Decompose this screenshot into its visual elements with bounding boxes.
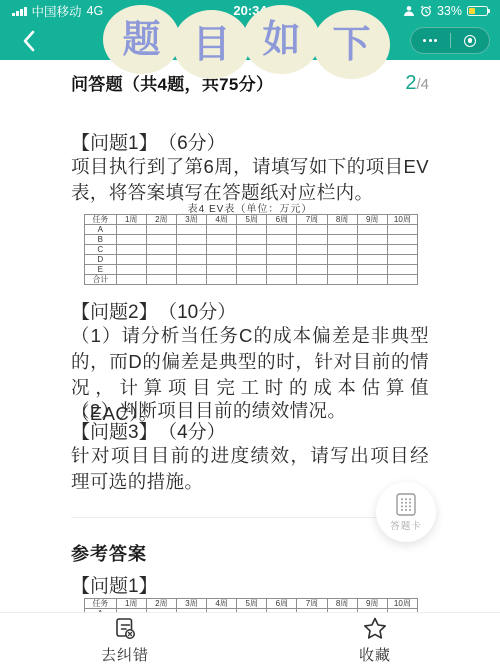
ev-table-cell xyxy=(267,275,297,285)
ev-table-cell xyxy=(357,235,387,245)
ev-table-row-label: C xyxy=(85,245,117,255)
ev-table-header-cell: 2周 xyxy=(146,599,176,609)
ev-table-cell xyxy=(297,275,327,285)
ev-table-cell xyxy=(207,235,237,245)
answer-table-container: 任务1周2周3周4周5周6周7周8周9周10周ABCDE合计 xyxy=(84,598,418,612)
ev-table-cell xyxy=(297,225,327,235)
report-error-label: 去纠错 xyxy=(101,644,149,665)
ev-table-cell xyxy=(176,265,206,275)
ev-table-cell xyxy=(267,265,297,275)
ev-table-caption: 表4 EV表（单位：万元） xyxy=(71,200,429,215)
ev-table-cell xyxy=(116,275,146,285)
ev-table-header-cell: 9周 xyxy=(357,215,387,225)
ev-table-row-label: E xyxy=(85,265,117,275)
ev-table-cell xyxy=(176,255,206,265)
ev-table-cell xyxy=(297,245,327,255)
ev-table-cell xyxy=(387,235,417,245)
app-header: 中国移动 4G 20:34 33% xyxy=(0,0,500,60)
ev-table-row-label: 合计 xyxy=(85,275,117,285)
network-type-label: 4G xyxy=(87,4,104,18)
ev-table-cell xyxy=(146,245,176,255)
ev-table-header-cell: 1周 xyxy=(116,215,146,225)
ev-table-cell xyxy=(297,255,327,265)
ev-table-row: D xyxy=(85,255,418,265)
ev-table-header-cell: 6周 xyxy=(267,215,297,225)
answer-card-button[interactable]: 答题卡 xyxy=(376,482,436,542)
ev-table-header-cell: 8周 xyxy=(327,599,357,609)
ev-table-cell xyxy=(207,245,237,255)
ev-table-header-cell: 7周 xyxy=(297,599,327,609)
ev-table-cell xyxy=(357,265,387,275)
ev-table-cell xyxy=(387,255,417,265)
exit-button[interactable] xyxy=(451,28,490,53)
ev-table-cell xyxy=(146,265,176,275)
ev-table-cell xyxy=(327,255,357,265)
total-pages: 4 xyxy=(421,76,429,93)
ev-table-header-cell: 任务 xyxy=(85,215,117,225)
ev-table-cell xyxy=(327,235,357,245)
correction-document-icon xyxy=(113,616,138,641)
ev-table-cell xyxy=(297,235,327,245)
back-button[interactable] xyxy=(22,30,36,52)
ev-table-cell xyxy=(146,225,176,235)
ev-table-cell xyxy=(327,225,357,235)
report-error-button[interactable]: 去纠错 xyxy=(0,613,250,667)
page-indicator: 2/4 xyxy=(405,72,429,95)
ev-table-cell xyxy=(116,265,146,275)
ev-table-cell xyxy=(357,255,387,265)
ev-table-cell xyxy=(357,245,387,255)
ev-table-row: E xyxy=(85,265,418,275)
ev-table-cell xyxy=(327,265,357,275)
ev-table-container: 任务1周2周3周4周5周6周7周8周9周10周ABCDE合计 xyxy=(84,214,418,285)
signal-strength-icon xyxy=(12,6,27,16)
ev-table-cell xyxy=(176,245,206,255)
person-icon xyxy=(403,5,415,17)
ev-table-row: A xyxy=(85,225,418,235)
ev-table-header-row: 任务1周2周3周4周5周6周7周8周9周10周 xyxy=(85,215,418,225)
ev-table-header-cell: 8周 xyxy=(327,215,357,225)
answer-question1-title: 【问题1】 xyxy=(71,571,429,598)
ev-table-cell xyxy=(237,235,267,245)
ev-table-header-cell: 2周 xyxy=(146,215,176,225)
ev-table-cell xyxy=(327,275,357,285)
ev-table-cell xyxy=(267,255,297,265)
ev-table-row-label: A xyxy=(85,225,117,235)
ev-table-cell xyxy=(116,235,146,245)
target-circle-icon xyxy=(464,35,476,47)
ev-table-cell xyxy=(116,225,146,235)
ev-table-cell xyxy=(267,235,297,245)
bottom-toolbar: 去纠错 收藏 xyxy=(0,612,500,667)
ev-table-cell xyxy=(116,245,146,255)
status-bar: 中国移动 4G 20:34 33% xyxy=(0,0,500,22)
quiz-section-header: 问答题（共4题，共75分） 2/4 xyxy=(71,70,429,95)
ev-table-cell xyxy=(387,265,417,275)
question2-score: （10分） xyxy=(168,302,237,323)
ev-table-cell xyxy=(146,255,176,265)
carrier-label: 中国移动 xyxy=(32,2,82,20)
question3-body: 针对项目目前的进度绩效，请写出项目经理可选的措施。 xyxy=(71,443,429,495)
ev-table-header-cell: 10周 xyxy=(387,599,417,609)
ev-table-cell xyxy=(176,235,206,245)
ev-table-cell xyxy=(387,225,417,235)
nav-bar xyxy=(0,22,500,60)
ev-table-header-cell: 3周 xyxy=(176,599,206,609)
answer-section-heading: 参考答案 xyxy=(71,540,429,566)
ev-table-header-cell: 5周 xyxy=(237,599,267,609)
ev-table-header-cell: 任务 xyxy=(85,599,117,609)
ev-table-cell xyxy=(237,275,267,285)
ev-table-cell xyxy=(357,275,387,285)
ev-table-header-cell: 5周 xyxy=(237,215,267,225)
favorite-label: 收藏 xyxy=(359,644,391,665)
ev-table-cell xyxy=(207,225,237,235)
ev-table: 任务1周2周3周4周5周6周7周8周9周10周ABCDE合计 xyxy=(84,214,418,285)
ev-table-cell xyxy=(237,265,267,275)
favorite-button[interactable]: 收藏 xyxy=(250,613,500,667)
ev-table-cell xyxy=(267,245,297,255)
ev-table-cell xyxy=(387,275,417,285)
answer-card-grid-icon xyxy=(396,493,416,516)
ev-table-header-cell: 4周 xyxy=(207,599,237,609)
ev-table-cell xyxy=(387,245,417,255)
ev-table-cell xyxy=(176,275,206,285)
ev-table-cell xyxy=(207,255,237,265)
current-page: 2 xyxy=(405,72,416,94)
ev-table-cell xyxy=(327,245,357,255)
miniprogram-capsule xyxy=(410,27,490,54)
battery-icon xyxy=(467,6,488,17)
ev-table-row: 合计 xyxy=(85,275,418,285)
ev-table-cell xyxy=(357,225,387,235)
ev-table-header-cell: 3周 xyxy=(176,215,206,225)
ev-table-row: B xyxy=(85,235,418,245)
ev-table-header-cell: 6周 xyxy=(267,599,297,609)
ev-table-cell xyxy=(116,255,146,265)
ev-table-row-label: D xyxy=(85,255,117,265)
more-dots-icon xyxy=(423,39,437,42)
ev-table-cell xyxy=(297,265,327,275)
ev-table-cell xyxy=(146,235,176,245)
star-icon xyxy=(362,616,388,641)
ev-table-cell xyxy=(267,225,297,235)
ev-table-cell xyxy=(237,255,267,265)
status-left: 中国移动 4G xyxy=(12,2,103,20)
ev-table-cell xyxy=(237,245,267,255)
question1-title: 【问题1】（6分） xyxy=(71,128,429,155)
question2-title: 【问题2】（10分） xyxy=(71,297,429,324)
question3-title: 【问题3】（4分） xyxy=(71,417,429,444)
ev-table-header-cell: 1周 xyxy=(116,599,146,609)
section-divider xyxy=(71,517,429,518)
battery-percent-label: 33% xyxy=(437,4,462,18)
ev-table-header-cell: 4周 xyxy=(207,215,237,225)
ev-table-header-cell: 7周 xyxy=(297,215,327,225)
question3-score: （4分） xyxy=(168,422,226,443)
quiz-type-label: 问答题（共4题，共75分） xyxy=(71,70,273,95)
ev-table-header-row: 任务1周2周3周4周5周6周7周8周9周10周 xyxy=(85,599,418,609)
more-button[interactable] xyxy=(411,28,450,53)
app-screen: 中国移动 4G 20:34 33% xyxy=(0,0,500,667)
ev-table-cell xyxy=(176,225,206,235)
ev-table-cell xyxy=(146,275,176,285)
answer-card-label: 答题卡 xyxy=(390,518,422,532)
ev-table-cell xyxy=(237,225,267,235)
question1-score: （6分） xyxy=(168,133,226,154)
ev-table-cell xyxy=(207,265,237,275)
ev-table-header-cell: 9周 xyxy=(357,599,387,609)
question1-body: 项目执行到了第6周，请填写如下的项目EV表，将答案填写在答题纸对应栏内。 xyxy=(71,154,429,206)
alarm-clock-icon xyxy=(420,5,432,17)
ev-table-row-label: B xyxy=(85,235,117,245)
ev-table: 任务1周2周3周4周5周6周7周8周9周10周ABCDE合计 xyxy=(84,598,418,612)
ev-table-cell xyxy=(207,275,237,285)
ev-table-row: C xyxy=(85,245,418,255)
status-right: 33% xyxy=(403,4,488,18)
ev-table-header-cell: 10周 xyxy=(387,215,417,225)
